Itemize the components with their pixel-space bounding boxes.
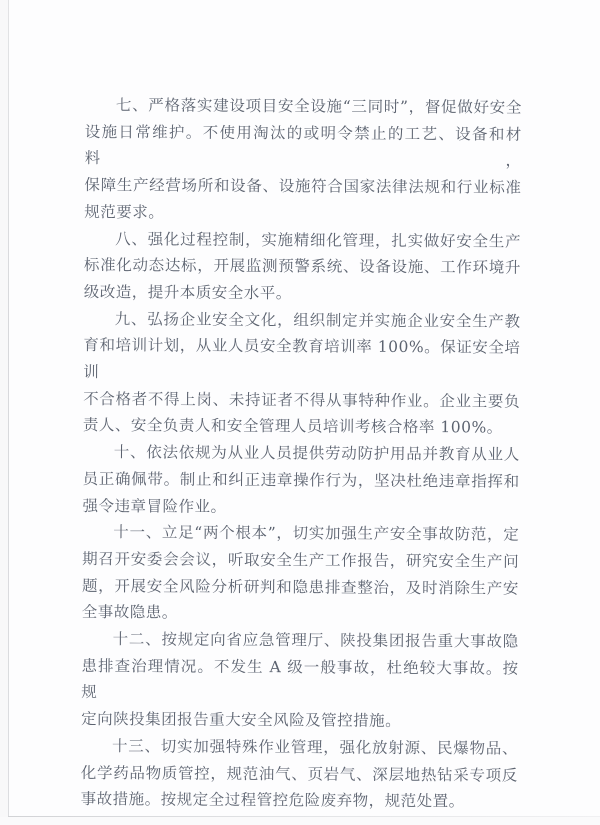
text-line: 十二、按规定向省应急管理厅、陕投集团报告重大事故隐 xyxy=(82,626,519,655)
text-line: 育和培训计划，从业人员安全教育培训率 100%。保证安全培训 xyxy=(83,332,520,388)
text-line: 级改造，提升本质安全水平。 xyxy=(84,279,521,308)
text-line: 十一、立足“两个根本”，切实加强生产安全事故防范，定 xyxy=(82,519,519,548)
text-line: 题，开展安全风险分析研判和隐患排查整治，及时消除生产安 xyxy=(82,573,519,602)
text-line: 定向陕投集团报告重大安全风险及管控措施。 xyxy=(81,706,518,735)
text-line: 强令违章冒险作业。 xyxy=(82,493,519,522)
text-line: 规范要求。 xyxy=(84,199,521,228)
text-line: 保障生产经营场所和设备、设施符合国家法律法规和行业标准 xyxy=(84,172,521,201)
text-line: 设施日常维护。不使用淘汰的或明令禁止的工艺、设备和材料， xyxy=(85,119,522,175)
text-line: 全事故隐患。 xyxy=(82,599,519,628)
text-line: 八、强化过程控制，实施精细化管理，扎实做好安全生产 xyxy=(84,226,521,255)
text-line: 七、严格落实建设项目安全设施“三同时”，督促做好安全 xyxy=(85,92,522,121)
text-line: 标准化动态达标，开展监测预警系统、设备设施、工作环境升 xyxy=(84,252,521,281)
text-line: 事故措施。按规定全过程管控危险废弃物，规范处置。 xyxy=(81,786,518,815)
text-line: 九、弘扬企业安全文化，组织制定并实施企业安全生产教 xyxy=(84,306,521,335)
document-text-block: 七、严格落实建设项目安全设施“三同时”，督促做好安全设施日常维护。不使用淘汰的或… xyxy=(81,92,522,816)
text-line: 十三、切实加强特殊作业管理，强化放射源、民爆物品、 xyxy=(81,733,518,762)
text-line: 责人、安全负责人和安全管理人员培训考核合格率 100%。 xyxy=(83,412,520,441)
text-line: 员正确佩带。制止和纠正违章操作行为，坚决杜绝违章指挥和 xyxy=(83,466,520,495)
text-line: 化学药品物质管控，规范油气、页岩气、深层地热钻采专项反 xyxy=(81,760,518,789)
scan-left-margin xyxy=(0,0,8,817)
text-line: 不合格者不得上岗、未持证者不得从事特种作业。企业主要负 xyxy=(83,386,520,415)
text-line: 十、依法依规为从业人员提供劳动防护用品并教育从业人 xyxy=(83,439,520,468)
text-line: 期召开安委会会议，听取安全生产工作报告，研究安全生产问 xyxy=(82,546,519,575)
scanned-document-page: 七、严格落实建设项目安全设施“三同时”，督促做好安全设施日常维护。不使用淘汰的或… xyxy=(0,0,600,825)
text-line: 患排查治理情况。不发生 A 级一般事故，杜绝较大事故。按规 xyxy=(81,653,518,709)
page-left-edge-line xyxy=(8,0,9,817)
scan-bottom-margin xyxy=(0,817,600,825)
